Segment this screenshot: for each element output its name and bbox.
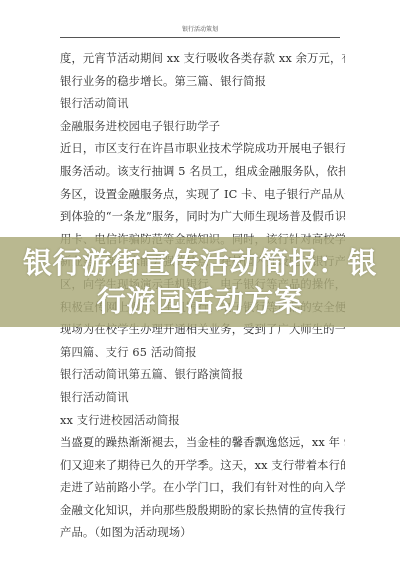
text-line: 银行业务的稳步增长。第三篇、银行简报	[60, 71, 345, 94]
document-page: 银行活动策划 度，元宵节活动期间 xx 支行吸收各类存款 xx 余万元，有效的促…	[0, 0, 400, 566]
running-header: 银行活动策划	[60, 26, 340, 38]
text-line: 务区，设置金融服务点，实现了 IC 卡、电子银行产品从受理、激活	[60, 184, 345, 207]
section-heading: 银行活动简讯	[60, 93, 345, 116]
section-heading: xx 支行进校园活动简报	[60, 410, 345, 433]
text-line: 当盛夏的躁热渐渐褪去，当金桂的馨香飘逸悠远，xx 年 9 月 1 日，我	[60, 432, 345, 455]
text-line: 服务活动。该支行抽调 5 名员工，组成金融服务队，依托校园自助服	[60, 161, 345, 184]
text-line: 走进了站前路小学。在小学门口，我们有针对性的向入学的孩子普及	[60, 477, 345, 500]
text-line: 近日，市区支行在许昌市职业技术学院成功开展电子银行进校园宣传	[60, 138, 345, 161]
text-line: 们又迎来了期待已久的开学季。这天，xx 支行带着本行的产品与服务，	[60, 455, 345, 478]
section-heading: 银行活动简讯	[60, 387, 345, 410]
text-line: 产品。（如图为活动现场）	[60, 522, 345, 545]
section-heading: 金融服务进校园电子银行助学子	[60, 116, 345, 139]
banner-title: 银行游街宣传活动简报：银 行游园活动方案	[0, 244, 400, 320]
text-line: 到体验的“一条龙”服务，同时为广大师生现场普及假币识别、安全	[60, 206, 345, 229]
section-heading: 银行活动简讯第五篇、银行路演简报	[60, 364, 345, 387]
text-line: 金融文化知识，并向那些殷殷期盼的家长热情的宣传我行的个人金融	[60, 500, 345, 523]
text-line: 度，元宵节活动期间 xx 支行吸收各类存款 xx 余万元，有效的促进了 xx	[60, 48, 345, 71]
section-heading: 第四篇、支行 65 活动简报	[60, 342, 345, 365]
banner-title-line-1: 银行游街宣传活动简报：银	[0, 244, 400, 282]
banner-title-line-2: 行游园活动方案	[0, 282, 400, 320]
